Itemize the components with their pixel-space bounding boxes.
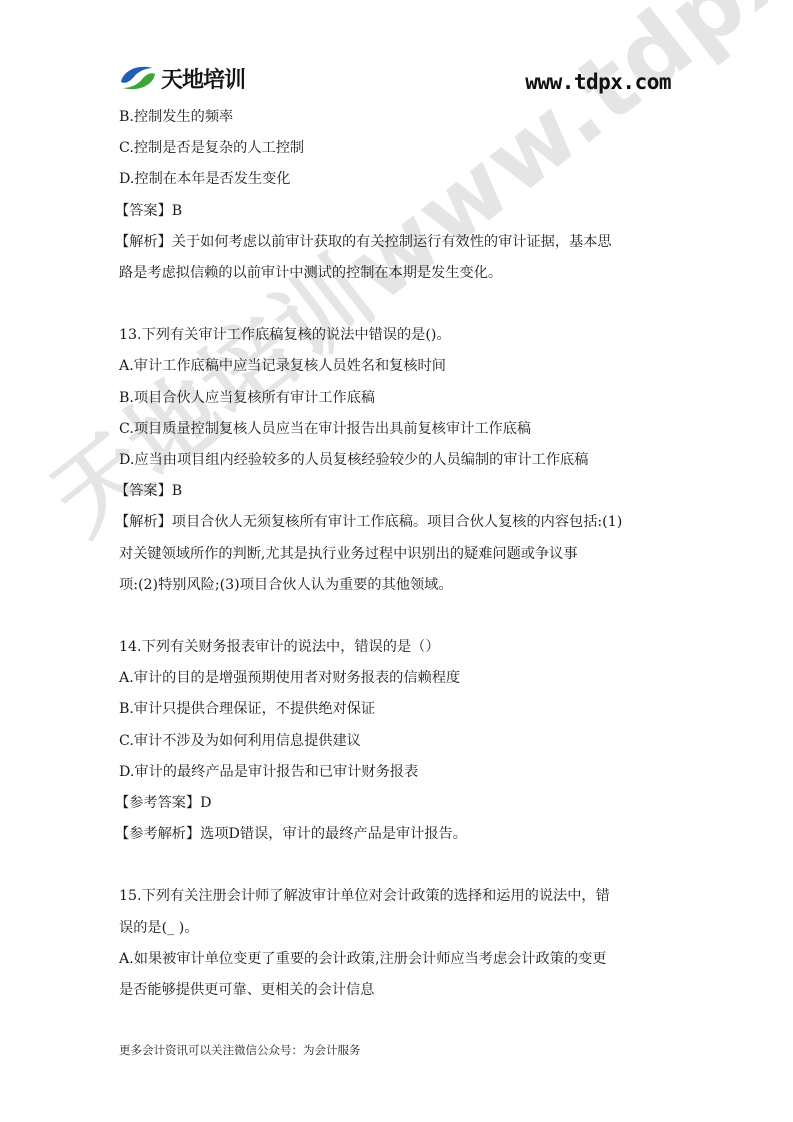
option-a: A.审计的目的是增强预期使用者对财务报表的信赖程度 — [119, 663, 679, 694]
analysis-line: 对关键领域所作的判断,尤其是执行业务过程中识别出的疑难问题或争议事 — [119, 539, 679, 570]
page-header: 天地培训 www.tdpx.com — [119, 62, 671, 96]
answer: 【答案】B — [115, 476, 679, 507]
option-d: D.应当由项目组内经验较多的人员复核经验较少的人员编制的审计工作底稿 — [119, 445, 679, 476]
question-14: 14.下列有关财务报表审计的说法中，错误的是（） A.审计的目的是增强预期使用者… — [119, 632, 679, 850]
site-url: www.tdpx.com — [525, 70, 671, 94]
brand-name: 天地培训 — [161, 63, 245, 94]
answer: 【答案】B — [115, 196, 679, 227]
document-body: B.控制发生的频率 C.控制是否是复杂的人工控制 D.控制在本年是否发生变化 【… — [119, 102, 679, 1006]
option-a: A.审计工作底稿中应当记录复核人员姓名和复核时间 — [119, 351, 679, 382]
analysis: 【参考解析】选项D错误，审计的最终产品是审计报告。 — [115, 819, 679, 850]
question-stem: 误的是(_ )。 — [119, 913, 679, 944]
page-footer: 更多会计资讯可以关注微信公众号：为会计服务 — [119, 1042, 361, 1058]
question-12-tail: B.控制发生的频率 C.控制是否是复杂的人工控制 D.控制在本年是否发生变化 【… — [119, 102, 679, 289]
option-d: D.控制在本年是否发生变化 — [119, 164, 679, 195]
question-15: 15.下列有关注册会计师了解波审计单位对会计政策的选择和运用的说法中，错 误的是… — [119, 881, 679, 1006]
option-b: B.项目合伙人应当复核所有审计工作底稿 — [119, 383, 679, 414]
option-b: B.控制发生的频率 — [119, 102, 679, 133]
answer: 【参考答案】D — [115, 788, 679, 819]
option-c: C.控制是否是复杂的人工控制 — [119, 133, 679, 164]
logo-swoosh-icon — [119, 64, 157, 92]
analysis-line: 【解析】关于如何考虑以前审计获取的有关控制运行有效性的审计证据，基本思 — [115, 227, 679, 258]
option-a: A.如果被审计单位变更了重要的会计政策,注册会计师应当考虑会计政策的变更 — [119, 944, 679, 975]
question-stem: 13.下列有关审计工作底稿复核的说法中错误的是()。 — [119, 320, 679, 351]
option-b: B.审计只提供合理保证，不提供绝对保证 — [119, 694, 679, 725]
analysis-line: 【解析】项目合伙人无须复核所有审计工作底稿。项目合伙人复核的内容包括:(1) — [115, 507, 679, 538]
option-a: 是否能够提供更可靠、更相关的会计信息 — [119, 975, 679, 1006]
brand-logo: 天地培训 — [119, 62, 245, 94]
option-c: C.项目质量控制复核人员应当在审计报告出具前复核审计工作底稿 — [119, 414, 679, 445]
question-13: 13.下列有关审计工作底稿复核的说法中错误的是()。 A.审计工作底稿中应当记录… — [119, 320, 679, 601]
analysis-line: 路是考虑拟信赖的以前审计中测试的控制在本期是发生变化。 — [119, 258, 679, 289]
question-stem: 14.下列有关财务报表审计的说法中，错误的是（） — [119, 632, 679, 663]
analysis-line: 项:(2)特别风险;(3)项目合伙人认为重要的其他领域。 — [119, 570, 679, 601]
option-d: D.审计的最终产品是审计报告和已审计财务报表 — [119, 757, 679, 788]
option-c: C.审计不涉及为如何利用信息提供建议 — [119, 726, 679, 757]
question-stem: 15.下列有关注册会计师了解波审计单位对会计政策的选择和运用的说法中，错 — [119, 881, 679, 912]
